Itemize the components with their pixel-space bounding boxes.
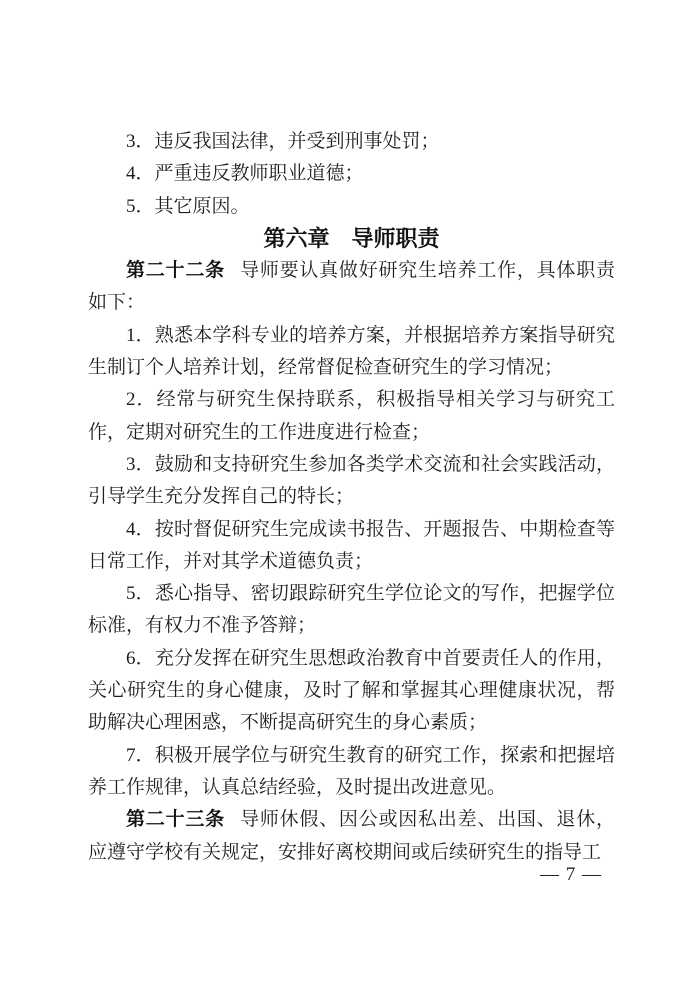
duty-item: 5．悉心指导、密切跟踪研究生学位论文的写作，把握学位标准，有权力不准予答辩； — [88, 578, 615, 643]
clause-item: 4．严重违反教师职业道德； — [88, 158, 615, 190]
duty-item: 6．充分发挥在研究生思想政治教育中首要责任人的作用，关心研究生的身心健康，及时了… — [88, 643, 615, 740]
page-number: — 7 — — [540, 864, 602, 886]
chapter-heading: 第六章 导师职责 — [88, 223, 615, 255]
duty-item: 4．按时督促研究生完成读书报告、开题报告、中期检查等日常工作，并对其学术道德负责… — [88, 514, 615, 579]
article-23-label: 第二十三条 — [126, 809, 225, 830]
clause-item: 3．违反我国法律，并受到刑事处罚； — [88, 126, 615, 158]
document-page: 3．违反我国法律，并受到刑事处罚； 4．严重违反教师职业道德； 5．其它原因。 … — [0, 0, 700, 989]
duty-item: 3．鼓励和支持研究生参加各类学术交流和社会实践活动，引导学生充分发挥自己的特长； — [88, 449, 615, 514]
duty-item: 7．积极开展学位与研究生教育的研究工作，探索和把握培养工作规律，认真总结经验，及… — [88, 740, 615, 805]
clause-item: 5．其它原因。 — [88, 191, 615, 223]
duty-item: 2．经常与研究生保持联系，积极指导相关学习与研究工作，定期对研究生的工作进度进行… — [88, 384, 615, 449]
article-23-paragraph: 第二十三条导师休假、因公或因私出差、出国、退休，应遵守学校有关规定，安排好离校期… — [88, 804, 615, 869]
document-body: 3．违反我国法律，并受到刑事处罚； 4．严重违反教师职业道德； 5．其它原因。 … — [88, 126, 615, 869]
article-22-paragraph: 第二十二条导师要认真做好研究生培养工作，具体职责如下： — [88, 255, 615, 320]
duty-item: 1．熟悉本学科专业的培养方案，并根据培养方案指导研究生制订个人培养计划，经常督促… — [88, 320, 615, 385]
article-22-label: 第二十二条 — [126, 260, 225, 281]
